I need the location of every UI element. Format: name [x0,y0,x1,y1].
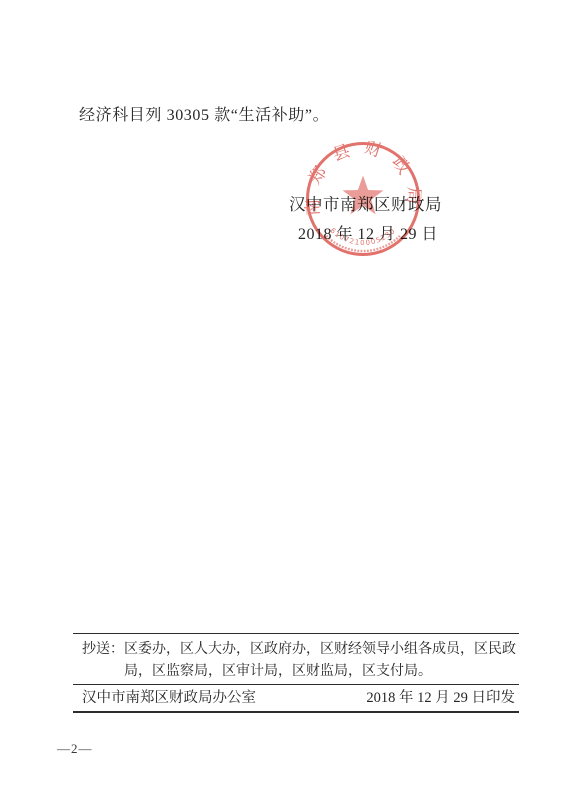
seal-serial-number: 6107210005230 [329,227,398,247]
issuing-office: 汉中市南郑区财政局办公室 [82,688,256,708]
copy-to-row: 抄送： 区委办，区人大办，区政府办，区财经领导小组各成员，区民政局，区监察局，区… [82,639,518,682]
page-number: —2— [57,741,93,757]
copy-to-label: 抄送： [82,639,124,682]
document-page: 经济科目列 30305 款“生活补助”。 汉中市南郑区财政局 2018 年 12… [0,0,565,800]
seal-star-icon [343,176,384,215]
footer-bottom-rule [73,711,519,713]
body-paragraph: 经济科目列 30305 款“生活补助”。 [79,102,329,125]
footer-middle-rule [73,684,519,685]
copy-to-recipients: 区委办，区人大办，区政府办，区财经领导小组各成员，区民政局，区监察局，区审计局，… [124,639,518,682]
official-seal: 南郑县财政局 6107210005230 [301,141,425,265]
print-date: 2018 年 12 月 29 日印发 [366,688,515,708]
svg-text:6107210005230: 6107210005230 [329,227,398,247]
footer-top-rule [73,633,519,634]
issuer-row: 汉中市南郑区财政局办公室 2018 年 12 月 29 日印发 [82,688,515,708]
